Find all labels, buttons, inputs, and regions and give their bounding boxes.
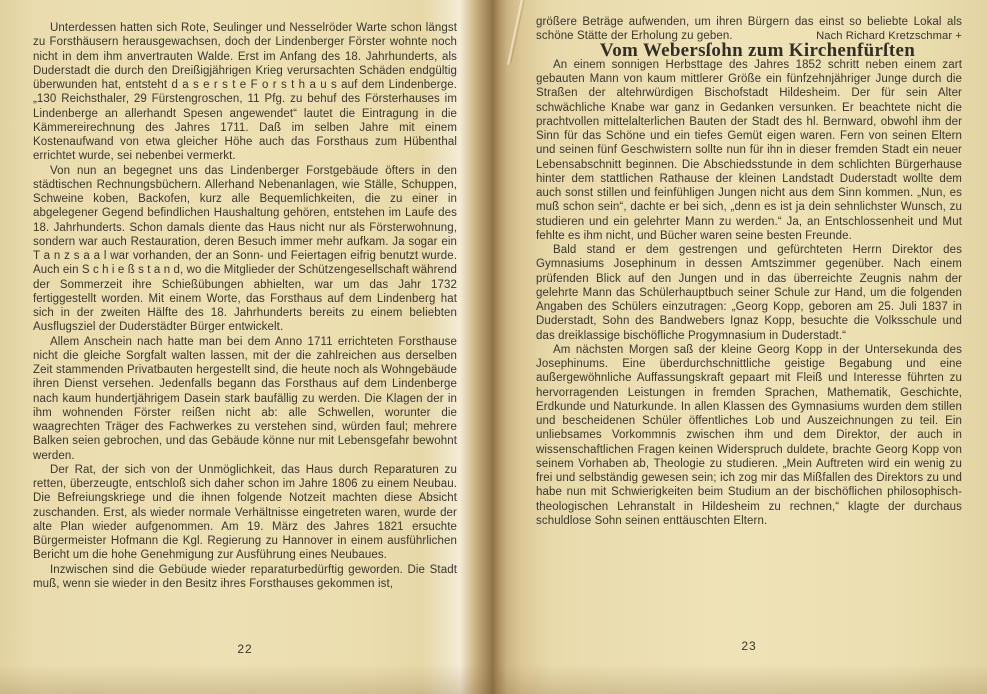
paragraph: An einem sonnigen Herbsttage des Jahres … [536, 58, 962, 243]
page-number: 22 [33, 642, 457, 656]
carryover-paragraph: größere Beträge aufwenden, um ihren Bürg… [536, 15, 962, 44]
paragraph: Am nächsten Morgen saß der kleine Georg … [536, 343, 962, 528]
chapter-heading: Vom Webersſohn zum Kirchenfürſten [536, 44, 962, 58]
page-bottom-shadow [0, 664, 987, 694]
right-page-text: größere Beträge aufwenden, um ihren Bürg… [536, 15, 962, 528]
author-attribution: Nach Richard Kretzschmar + [816, 29, 962, 43]
paragraph: Der Rat, der sich von der Unmöglichkeit,… [33, 463, 457, 563]
paragraph: Von nun an begegnet uns das Lindenberger… [33, 164, 457, 335]
paragraph: Unterdessen hatten sich Rote, Seulinger … [33, 21, 457, 164]
page-number: 23 [536, 639, 962, 653]
left-page-text: Unterdessen hatten sich Rote, Seulinger … [33, 21, 457, 591]
paragraph: Bald stand er dem gestrengen und gefürch… [536, 243, 962, 343]
paragraph: Inzwischen sind die Gebüude wieder repar… [33, 563, 457, 592]
paragraph: Allem Anschein nach hatte man bei dem An… [33, 335, 457, 463]
book-spread: Unterdessen hatten sich Rote, Seulinger … [0, 0, 987, 694]
